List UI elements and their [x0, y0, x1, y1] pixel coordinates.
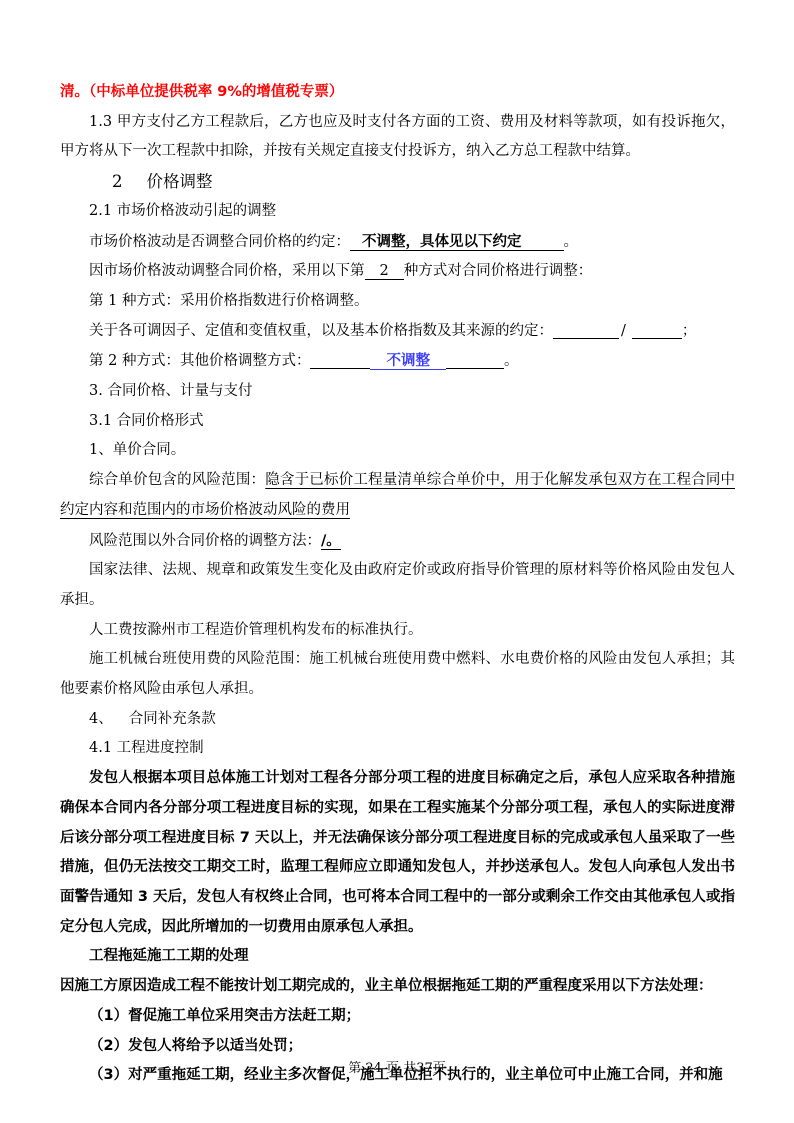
law-risk-text: 国家法律、法规、规章和政策发生变化及由政府定价或政府指导价管理的原材料等价格风险…: [60, 562, 735, 608]
adjust-mode-suffix: 种方式对合同价格进行调整：: [404, 263, 593, 279]
delay-item-1: （1）督促施工单位采用突击方法赶工期；: [60, 1002, 735, 1032]
blank-underline-before-value: [310, 349, 370, 369]
page-number-text: 第 24 页 共37页: [348, 1061, 445, 1076]
clause-progress-control: 发包人根据本项目总体施工计划对工程各分部分项工程的进度目标确定之后，承包人应采取…: [60, 764, 735, 942]
page-number-footer: 第 24 页 共37页: [0, 1054, 794, 1084]
blank-underline-left: [553, 319, 619, 339]
section-2-number: 2: [112, 172, 123, 191]
clause-1-3: 1.3 甲方支付乙方工程款后，乙方也应及时支付各方面的工资、费用及材料等款项，如…: [60, 108, 735, 167]
section-4-title: 合同补充条款: [129, 711, 216, 727]
red-note-line: 清。（中标单位提供税率 9%的增值税专票）: [60, 78, 735, 108]
delay-intro: 因施工方原因造成工程不能按计划工期完成的，业主单位根据拖延工期的严重程度采用以下…: [60, 972, 735, 1002]
delay-heading-text: 工程拖延施工工期的处理: [89, 948, 249, 964]
risk-outside-prefix: 风险范围以外合同价格的调整方法：: [89, 533, 321, 549]
delay-intro-text: 因施工方原因造成工程不能按计划工期完成的，业主单位根据拖延工期的严重程度采用以下…: [60, 978, 713, 994]
clause-unit-contract: 1、单价合同。: [60, 436, 735, 466]
clause-mode-2: 第 2 种方式：其他价格调整方式：不调整。: [60, 346, 735, 377]
progress-control-text: 发包人根据本项目总体施工计划对工程各分部分项工程的进度目标确定之后，承包人应采取…: [60, 770, 735, 935]
document-page: 清。（中标单位提供税率 9%的增值税专票） 1.3 甲方支付乙方工程款后，乙方也…: [0, 0, 794, 1123]
clause-risk-scope: 综合单价包含的风险范围：隐含于已标价工程量清单综合单价中，用于化解发承包双方在工…: [60, 466, 735, 525]
heading-2-1-text: 2.1 市场价格波动引起的调整: [89, 203, 276, 219]
adjust-agreement-prefix: 市场价格波动是否调整合同价格的约定：: [89, 234, 350, 250]
clause-law-risk: 国家法律、法规、规章和政策发生变化及由政府定价或政府指导价管理的原材料等价格风险…: [60, 556, 735, 615]
machine-cost-text: 施工机械台班使用费的风险范围：施工机械台班使用费中燃料、水电费价格的风险由发包人…: [60, 651, 735, 697]
blank-underline-right: [632, 319, 682, 339]
section-4-heading: 4、合同补充条款: [60, 705, 735, 735]
risk-outside-filled-blank: ∕。: [321, 532, 341, 550]
heading-4-1: 4.1 工程进度控制: [60, 734, 735, 764]
adjust-agreement-suffix: 。: [564, 234, 579, 250]
heading-3-1-text: 3.1 合同价格形式: [89, 413, 204, 429]
clause-labor-cost: 人工费按滁州市工程造价管理机构发布的标准执行。: [60, 616, 735, 646]
adjust-mode-prefix: 因市场价格波动调整合同价格，采用以下第: [89, 263, 365, 279]
heading-3-1: 3.1 合同价格形式: [60, 407, 735, 437]
blank-underline-after-value: [446, 349, 504, 369]
clause-machine-cost: 施工机械台班使用费的风险范围：施工机械台班使用费中燃料、水电费价格的风险由发包人…: [60, 645, 735, 704]
adjust-mode-filled-blank: 2: [365, 263, 404, 280]
clause-mode-1-text: 第 1 种方式：采用价格指数进行价格调整。: [89, 293, 368, 309]
labor-cost-text: 人工费按滁州市工程造价管理机构发布的标准执行。: [89, 622, 423, 638]
delay-heading: 工程拖延施工工期的处理: [60, 942, 735, 972]
clause-mode-1: 第 1 种方式：采用价格指数进行价格调整。: [60, 287, 735, 317]
section-2-title: 价格调整: [147, 172, 213, 191]
risk-scope-prefix: 综合单价包含的风险范围：: [89, 472, 265, 488]
mode-2-prefix: 第 2 种方式：其他价格调整方式：: [89, 353, 310, 369]
clause-factors: 关于各可调因子、定值和变值权重，以及基本价格指数及其来源的约定：/；: [60, 317, 735, 347]
clause-adjust-mode: 因市场价格波动调整合同价格，采用以下第2种方式对合同价格进行调整：: [60, 257, 735, 287]
factors-slash: /: [619, 323, 632, 339]
section-4-number: 4、: [89, 711, 113, 727]
heading-4-1-text: 4.1 工程进度控制: [89, 740, 204, 756]
heading-3: 3. 合同价格、计量与支付: [60, 377, 735, 407]
red-note-text: 清。（中标单位提供税率 9%的增值税专票）: [60, 84, 343, 100]
clause-risk-outside: 风险范围以外合同价格的调整方法：∕。: [60, 526, 735, 557]
delay-item-2-text: （2）发包人将给予以适当处罚；: [89, 1038, 302, 1054]
mode-2-filled-blank-blue: 不调整: [370, 352, 446, 370]
unit-contract-text: 1、单价合同。: [89, 442, 185, 458]
section-2-heading: 2价格调整: [60, 167, 735, 197]
clause-1-3-text: 1.3 甲方支付乙方工程款后，乙方也应及时支付各方面的工资、费用及材料等款项，如…: [60, 114, 735, 160]
factors-suffix: ；: [682, 323, 697, 339]
heading-2-1: 2.1 市场价格波动引起的调整: [60, 197, 735, 227]
mode-2-suffix: 。: [504, 353, 519, 369]
delay-item-1-text: （1）督促施工单位采用突击方法赶工期；: [89, 1008, 360, 1024]
heading-3-text: 3. 合同价格、计量与支付: [89, 383, 252, 399]
factors-prefix: 关于各可调因子、定值和变值权重，以及基本价格指数及其来源的约定：: [89, 323, 553, 339]
clause-adjust-agreement: 市场价格波动是否调整合同价格的约定：不调整，具体见以下约定。: [60, 227, 735, 258]
adjust-agreement-filled-blank: 不调整，具体见以下约定: [350, 233, 564, 251]
